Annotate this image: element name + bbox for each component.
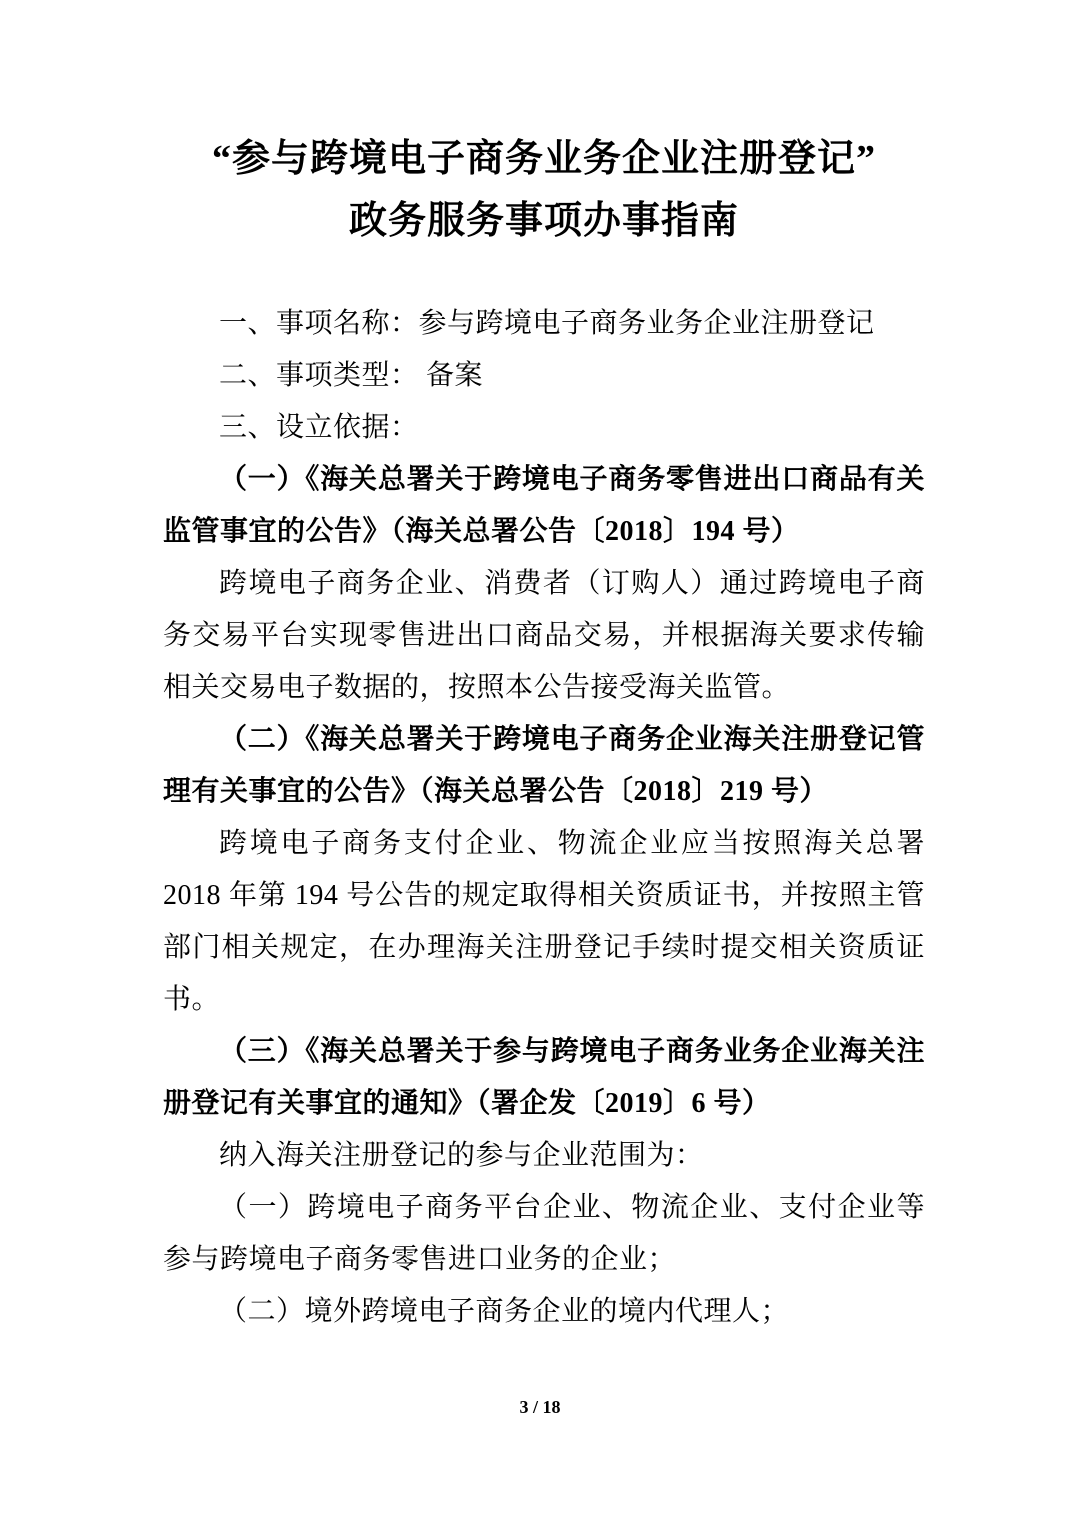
para-scope-item-1: （一）跨境电子商务平台企业、物流企业、支付企业等参与跨境电子商务零售进口业务的企…	[163, 1182, 925, 1286]
document-body: 一、事项名称：参与跨境电子商务业务企业注册登记 二、事项类型： 备案 三、设立依…	[163, 298, 925, 1338]
para-scope-intro: 纳入海关注册登记的参与企业范围为：	[163, 1130, 925, 1182]
para-basis-1-body: 跨境电子商务企业、消费者（订购人）通过跨境电子商务交易平台实现零售进出口商品交易…	[163, 558, 925, 714]
page-number: 3 / 18	[0, 1397, 1080, 1418]
para-basis-2-body: 跨境电子商务支付企业、物流企业应当按照海关总署 2018 年第 194 号公告的…	[163, 818, 925, 1026]
para-basis-3-title: （三）《海关总署关于参与跨境电子商务业务企业海关注册登记有关事宜的通知》（署企发…	[163, 1026, 925, 1130]
para-basis-1-title: （一）《海关总署关于跨境电子商务零售进出口商品有关监管事宜的公告》（海关总署公告…	[163, 454, 925, 558]
para-basis-2-title: （二）《海关总署关于跨境电子商务企业海关注册登记管理有关事宜的公告》（海关总署公…	[163, 714, 925, 818]
document-title: “参与跨境电子商务业务企业注册登记” 政务服务事项办事指南	[163, 128, 925, 252]
para-item-type: 二、事项类型： 备案	[163, 350, 925, 402]
para-item-name: 一、事项名称：参与跨境电子商务业务企业注册登记	[163, 298, 925, 350]
para-item-basis: 三、设立依据：	[163, 402, 925, 454]
document-title-line1: “参与跨境电子商务业务企业注册登记”	[163, 128, 925, 190]
para-scope-item-2: （二）境外跨境电子商务企业的境内代理人；	[163, 1286, 925, 1338]
document-page: “参与跨境电子商务业务企业注册登记” 政务服务事项办事指南 一、事项名称：参与跨…	[0, 0, 1080, 1526]
document-title-line2: 政务服务事项办事指南	[163, 190, 925, 252]
